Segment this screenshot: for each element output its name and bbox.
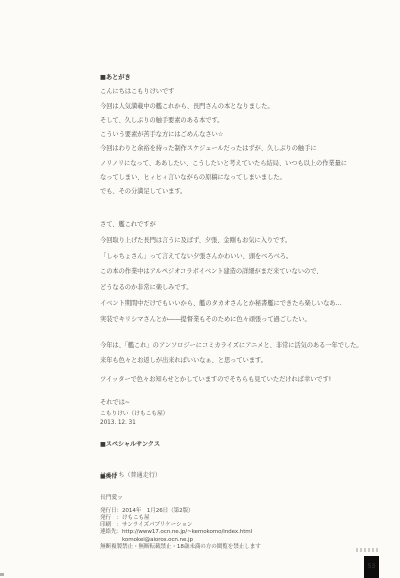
colophon-line: 連絡先：http://www17.ocn.ne.jp/~kemokomo/ind… <box>100 529 261 536</box>
text-line: 今回はわりと余裕を持った制作スケジュールだったはずが、久しぶりの触手に <box>100 142 347 156</box>
scanned-afterword-page: ■あとがきこんにちはこもりけいです今回は人気満載中の艦これから、長門さんの本とな… <box>0 0 400 578</box>
colophon-block: 発行日：2014年 1月26日（第2版）発行 ：けもこも屋印刷 ：サンライズパブ… <box>100 490 261 551</box>
text-line: 「しゃちょさん」って言えてない夕張さんかわいい、頭をべろべろ。 <box>100 249 342 265</box>
scan-edge-speck <box>0 573 4 576</box>
signature-line: こもりけい（けもこも屋） <box>100 410 168 419</box>
text-line: ノリノリになって、ああしたい、こうしたいと考えていたら結局、いつも以上の作業量に <box>100 157 347 171</box>
text-line: こういう要素が苦手な方にはごめんなさい☆ <box>100 128 347 142</box>
text-line: イベント期間中だけでもいいから、艦のタカオさんとか秘書艦にできたら楽しいなあ… <box>100 296 342 312</box>
text-line: ツイッターで色々お知らせとかしていますのでそちらも見ていただければ幸いです! <box>100 373 331 387</box>
text-line: 今年は、「艦これ」のアンソロジーにコミカライズにアニメと、非常に活気のある一年で… <box>100 338 363 353</box>
afterword-kancolle-paragraph: さて、艦これですが今回取り上げた長門は言うに及ばず、夕張、金剛もお気に入りです。… <box>100 196 342 328</box>
okuzuke-heading: ■奥付 <box>100 473 123 482</box>
colophon-line: 無断複製禁止・無断転載禁止・18歳未満の方の閲覧を禁止します <box>100 544 261 551</box>
text-line: この本の作業中はアルペジオコラボイベント建造の詳細がまだ来ていないので、 <box>100 264 342 280</box>
colophon-line: komokei@aioros.ocn.ne.jp <box>100 537 261 544</box>
text-line: ■あとがき <box>100 71 347 85</box>
special-thanks-heading: ■スペシャルサンクス <box>100 437 161 454</box>
afterword-twitter-paragraph: ツイッターで色々お知らせとかしていますのでそちらも見ていただければ幸いです! <box>100 352 331 387</box>
text-line: さて、艦これですが <box>100 217 342 233</box>
text-line: 今回取り上げた長門は言うに及ばず、夕張、金剛もお気に入りです。 <box>100 233 342 249</box>
text-line: なってしまい、ヒィヒィ言いながらの原稿になってしまいました。 <box>100 171 347 185</box>
text-line: 今回は人気満載中の艦これから、長門さんの本となりました。 <box>100 100 347 114</box>
text-line: こんにちはこもりけいです <box>100 85 347 99</box>
page-number-box: 53 <box>364 556 379 578</box>
page-number: 53 <box>368 563 376 570</box>
text-line: どうなるのか非常に楽しみです。 <box>100 280 342 296</box>
scan-noise-marks <box>356 548 380 552</box>
text-line: そして、久しぶりの触手要素のある本です。 <box>100 114 347 128</box>
afterword-intro-paragraph: ■あとがきこんにちはこもりけいです今回は人気満載中の艦これから、長門さんの本とな… <box>100 50 347 200</box>
